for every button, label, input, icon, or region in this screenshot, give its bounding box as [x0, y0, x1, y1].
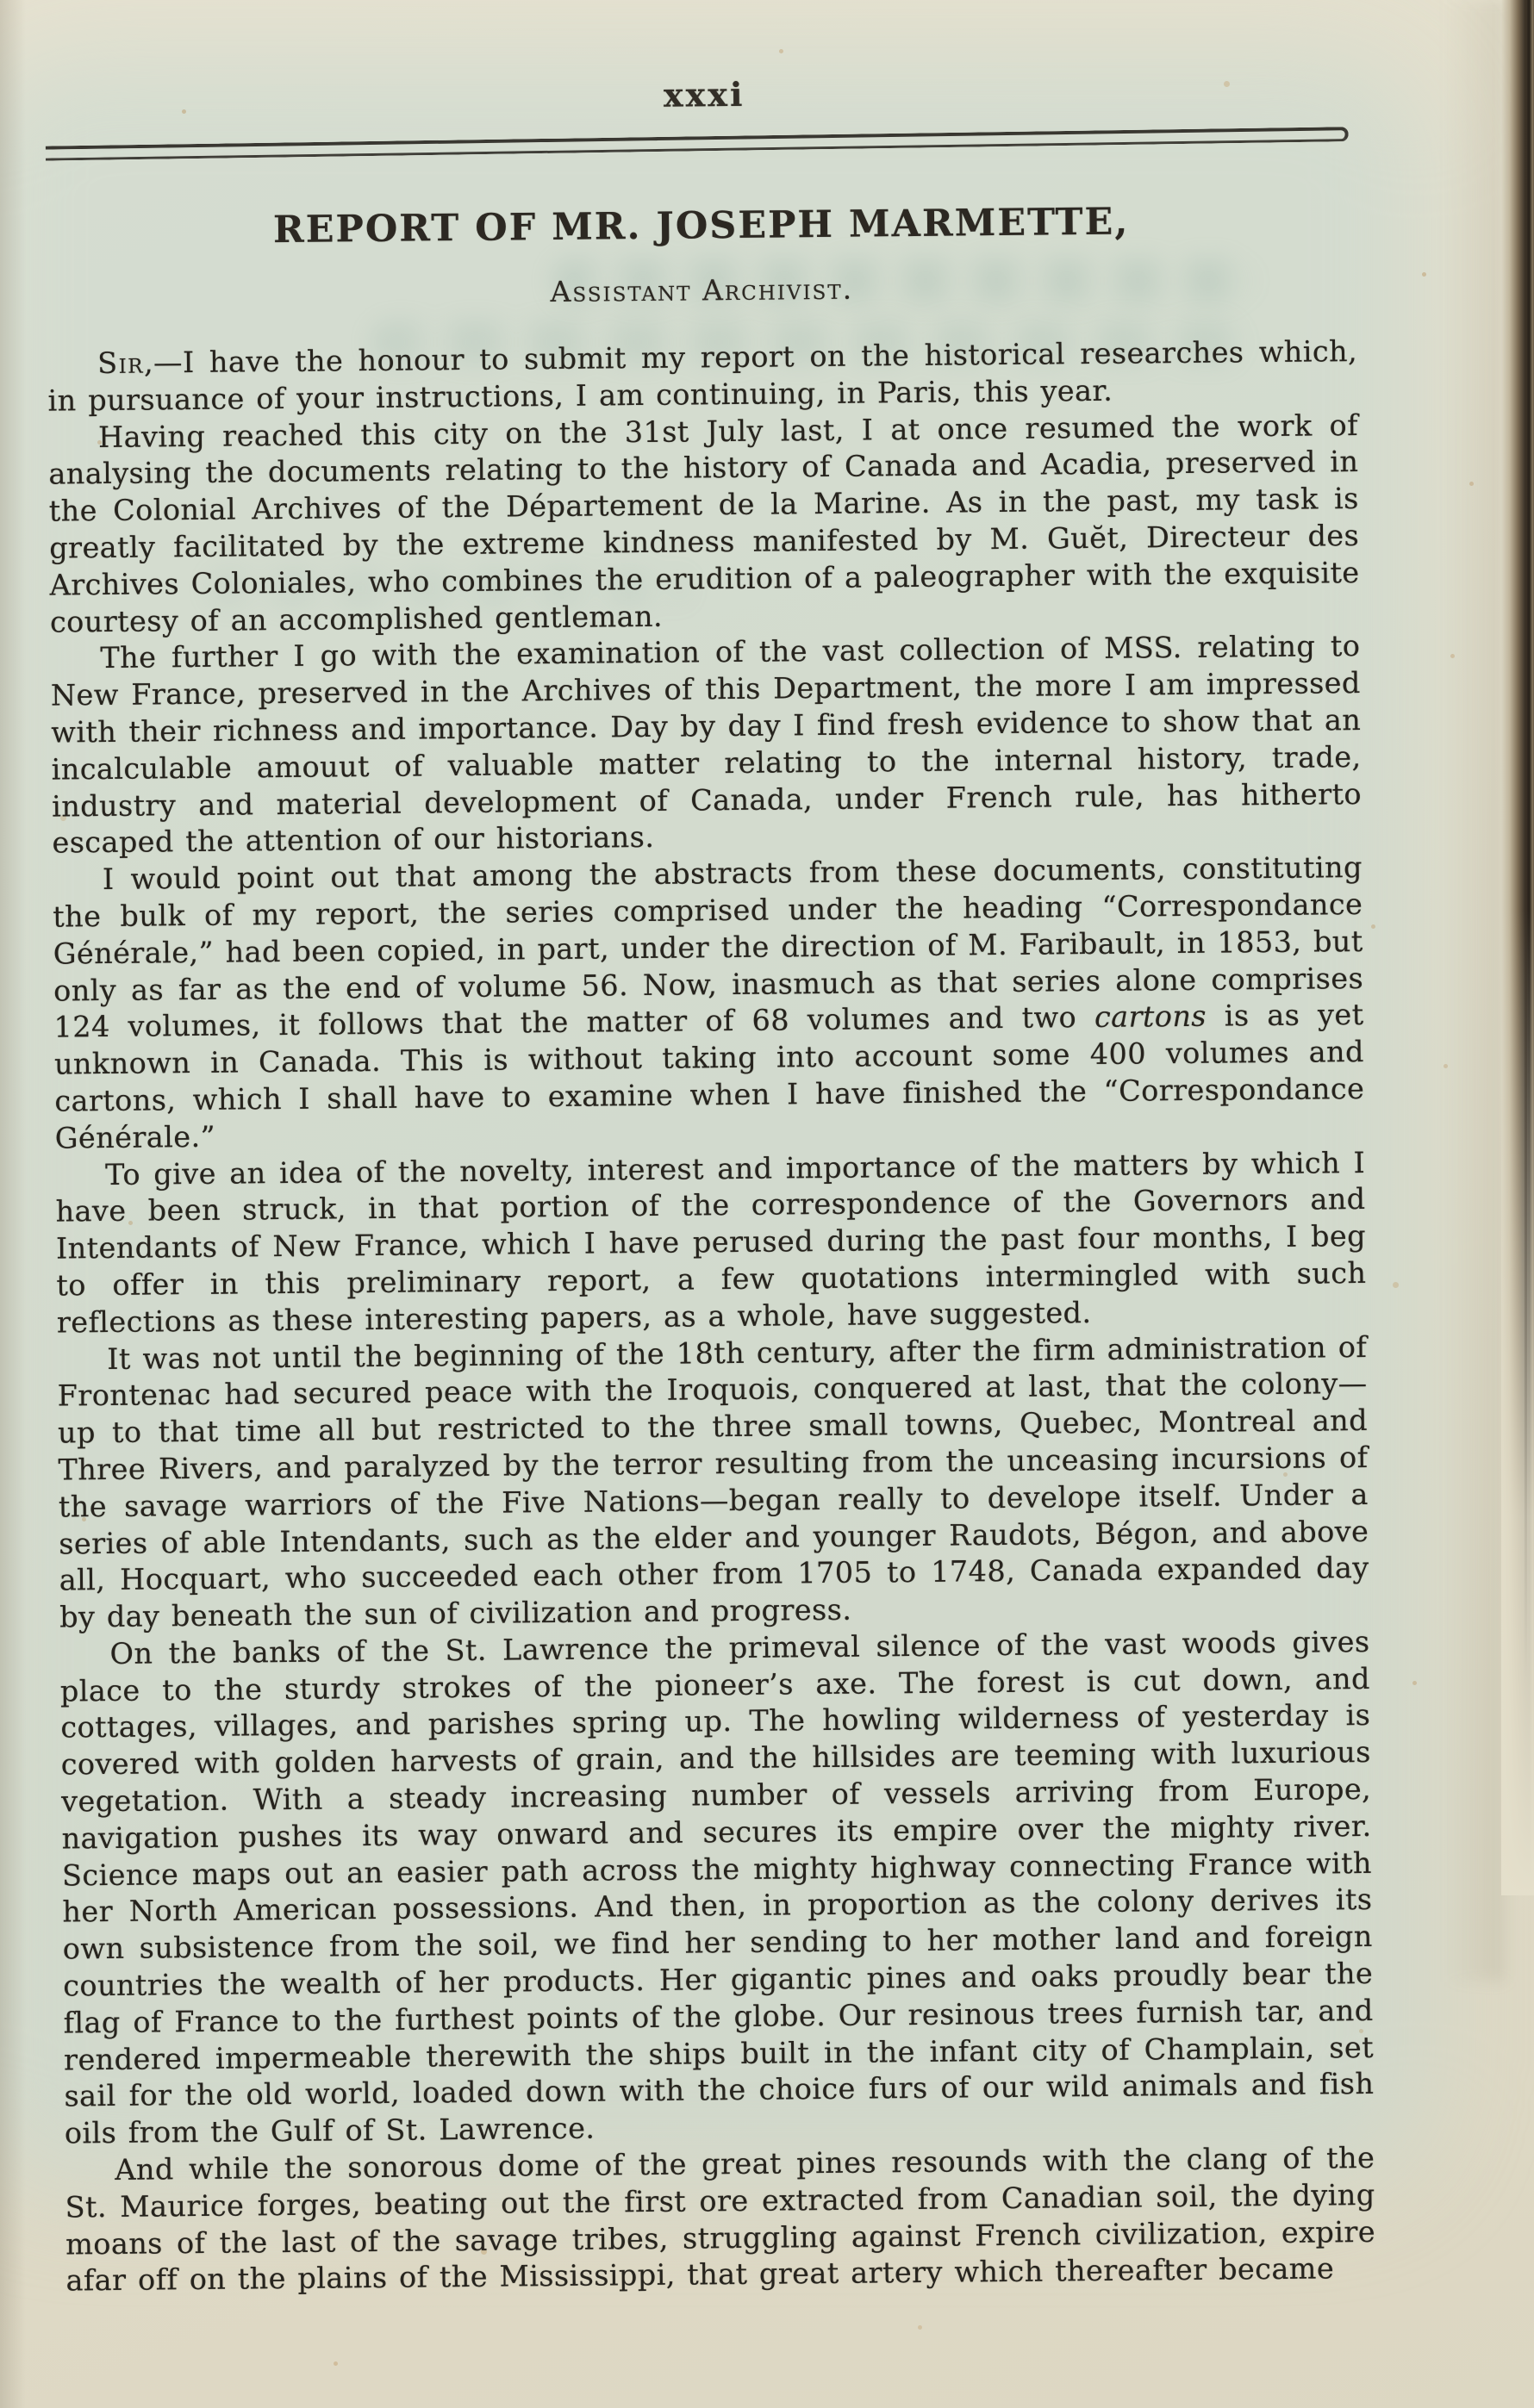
book-edge-line — [1525, 0, 1527, 1680]
foxing-specks — [0, 0, 3, 3]
page-content: xxxi REPORT OF MR. JOSEPH MARMETTE, Assi… — [45, 69, 1376, 2300]
paragraph: Sir,—I have the honour to submit my repo… — [47, 333, 1358, 420]
paragraph: I would point out that among the abstrac… — [53, 849, 1365, 1157]
page-number: xxxi — [53, 69, 1355, 120]
report-subtitle: Assistant Archivist. — [47, 267, 1356, 314]
paragraph: To give an idea of the novelty, interest… — [55, 1145, 1367, 1342]
paragraph: The further I go with the examination of… — [50, 628, 1362, 862]
paragraph: And while the sonorous dome of the great… — [65, 2140, 1376, 2300]
left-edge-shade — [0, 0, 26, 2408]
paragraph: It was not until the beginning of the 18… — [57, 1328, 1369, 1636]
report-body: Sir,—I have the honour to submit my repo… — [47, 333, 1376, 2300]
paragraph: On the banks of the St. Lawrence the pri… — [59, 1624, 1375, 2153]
header-rule — [46, 127, 1349, 160]
report-title: REPORT OF MR. JOSEPH MARMETTE, — [46, 198, 1356, 254]
book-edge-strip — [1501, 0, 1534, 1895]
scanned-page: xxxi REPORT OF MR. JOSEPH MARMETTE, Assi… — [0, 0, 1534, 2408]
page-curvature-shade — [1444, 0, 1505, 1982]
paragraph: Having reached this city on the 31st Jul… — [48, 408, 1360, 641]
